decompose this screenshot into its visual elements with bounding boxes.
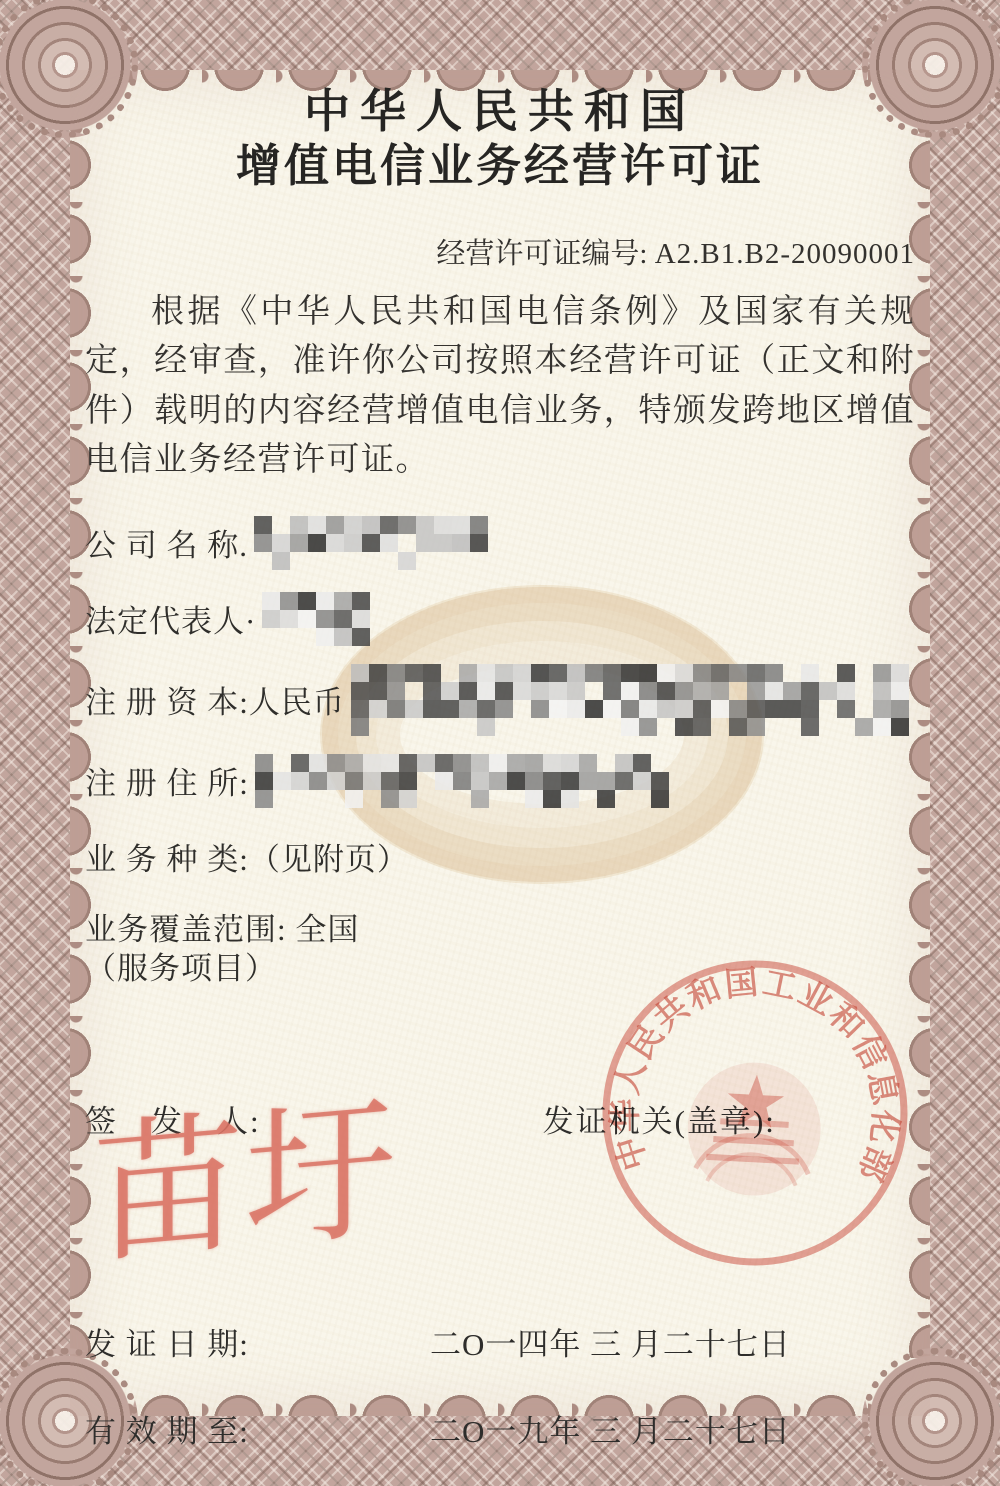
company-name-label: 公 司 名 称.: [85, 520, 248, 565]
valid-until-label: 有 效 期 至:: [85, 1406, 430, 1451]
issue-date-value: 二O一四年 三 月二十七日: [430, 1319, 791, 1364]
border-band-right: [930, 0, 1000, 1486]
field-registered-capital: 注 册 资 本: 人民币: [85, 664, 915, 736]
license-number-label: 经营许可证编号:: [436, 238, 647, 270]
license-number-value: A2.B1.B2-20090001: [655, 238, 915, 270]
business-type-value: （见附页）: [249, 834, 409, 879]
field-business-type: 业 务 种 类: （见附页）: [85, 834, 915, 879]
field-legal-representative: 法定代表人·: [85, 592, 915, 646]
valid-until-value: 二O一九年 三 月二十七日: [430, 1406, 791, 1451]
coverage-value: 全国: [295, 912, 359, 947]
registered-capital-currency-prefix: 人民币: [249, 677, 345, 722]
field-registered-address: 注 册 住 所:: [85, 754, 915, 808]
registered-capital-label: 注 册 资 本:: [85, 677, 249, 722]
legal-representative-label: 法定代表人·: [85, 596, 256, 641]
business-type-label: 业 务 种 类:: [85, 834, 249, 879]
title-country: 中华人民共和国: [85, 86, 915, 139]
issue-date-row: 发 证 日 期: 二O一四年 三 月二十七日: [85, 1319, 915, 1364]
border-band-left: [0, 0, 70, 1486]
coverage-label: 业务覆盖范围:: [85, 912, 287, 947]
registered-address-label: 注 册 住 所:: [85, 758, 249, 803]
certificate-page: 中华人民共和国 增值电信业务经营许可证 经营许可证编号: A2.B1.B2-20…: [0, 0, 1000, 1486]
company-name-redaction-mosaic: [254, 516, 488, 570]
license-number-line: 经营许可证编号: A2.B1.B2-20090001: [85, 231, 915, 272]
certificate-title: 中华人民共和国 增值电信业务经营许可证: [85, 86, 915, 193]
signer-signature: 苗圩: [93, 1094, 396, 1273]
title-license-name: 增值电信业务经营许可证: [85, 139, 915, 193]
body-paragraph: 根据《中华人民共和国电信条例》及国家有关规定，经审查，准许你公司按照本经营许可证…: [85, 288, 915, 486]
legal-representative-redaction-mosaic: [262, 592, 370, 646]
coverage-line: 业务覆盖范围: 全国: [85, 911, 915, 950]
valid-until-row: 有 效 期 至: 二O一九年 三 月二十七日: [85, 1406, 915, 1451]
field-company-name: 公 司 名 称.: [85, 516, 915, 570]
registered-capital-redaction-mosaic: [351, 664, 909, 736]
national-emblem-icon: [684, 1059, 824, 1199]
ministry-official-seal: 中华人民共和国工业和信息化部: [590, 948, 920, 1278]
registered-address-redaction-mosaic: [255, 754, 669, 808]
issue-date-label: 发 证 日 期:: [85, 1319, 430, 1364]
